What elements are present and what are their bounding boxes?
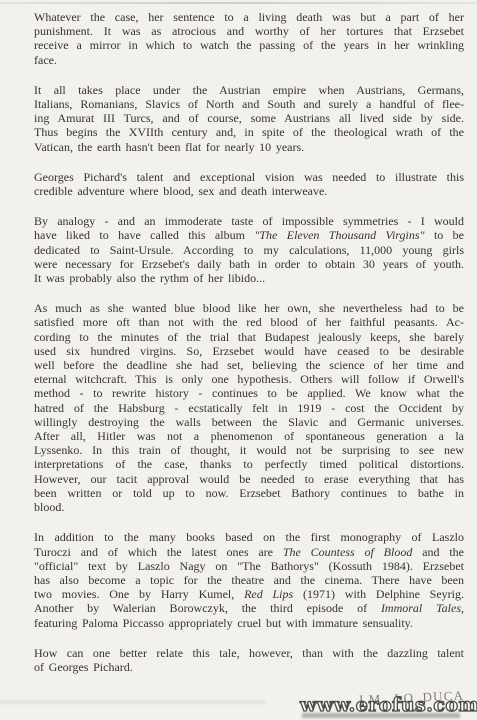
text-segment: How can one better relate this tale, how…	[34, 646, 464, 660]
text-line: receive a mirror in which to watch the p…	[34, 38, 464, 52]
text-segment: punishment. It was as atrocious and wort…	[34, 24, 464, 38]
text-segment: By analogy - and an immoderate taste of …	[34, 214, 464, 228]
text-line: Thus begins the XVIIth century and, in s…	[34, 125, 464, 139]
text-line: willingly destroying the walls between t…	[34, 415, 464, 429]
text-line: In addition to the many books based on t…	[34, 530, 464, 544]
text-segment: In addition to the many books based on t…	[34, 530, 464, 544]
text-line: satisfied more oft than not with the red…	[34, 315, 464, 329]
text-segment: Whatever the case, her sentence to a liv…	[34, 10, 464, 24]
text-line: After all, Hitler was not a phenomenon o…	[34, 429, 464, 443]
text-line: How can one better relate this tale, how…	[34, 646, 464, 660]
text-segment: willingly destroying the walls between t…	[34, 415, 464, 429]
text-line: credible adventure where blood, sex and …	[34, 184, 464, 198]
text-line: punishment. It was as atrocious and wort…	[34, 24, 464, 38]
text-segment: (1971) with Delphine Seyrig.	[293, 587, 464, 601]
scan-smudge-artifact	[0, 700, 265, 704]
text-line: Vatican, the earth hasn't been flat for …	[34, 140, 464, 154]
text-line: interpretations of the case, thanks to p…	[34, 457, 464, 471]
text-line: method - to rewrite history - continues …	[34, 386, 464, 400]
text-line: two movies. One by Harry Kumel, Red Lips…	[34, 587, 464, 601]
text-line: As much as she wanted blue blood like he…	[34, 301, 464, 315]
text-segment: receive a mirror in which to watch the p…	[34, 38, 464, 52]
text-line: dedicated to Saint-Ursule. According to …	[34, 243, 464, 257]
text-line: Whatever the case, her sentence to a liv…	[34, 10, 464, 24]
text-line: well before the deadline she had set, be…	[34, 358, 464, 372]
text-line: ing Amurat III Turcs, and of course, som…	[34, 111, 464, 125]
paragraph: Whatever the case, her sentence to a liv…	[34, 10, 464, 67]
italic-text-segment: Immoral Tales,	[381, 601, 464, 615]
erofus-watermark-text: www.erofus.com	[300, 694, 477, 716]
text-line: Turoczi and of which the latest ones are…	[34, 545, 464, 559]
text-segment: been written or told up to now. Erzsebet…	[34, 486, 464, 500]
text-line: Another by Walerian Borowczyk, the third…	[34, 601, 464, 615]
text-segment: It was probably also the rythm of her li…	[34, 271, 265, 285]
text-segment: Another by Walerian Borowczyk, the third…	[34, 601, 381, 615]
text-segment: featuring Paloma Piccasso appropriately …	[34, 616, 413, 630]
text-segment: cording to the minutes of the trial that…	[34, 330, 464, 344]
text-segment: two movies. One by Harry Kumel,	[34, 587, 244, 601]
text-line: have liked to have called this album "Th…	[34, 228, 464, 242]
paragraph: How can one better relate this tale, how…	[34, 646, 464, 674]
essay-text-block: Whatever the case, her sentence to a liv…	[34, 10, 464, 690]
text-segment: face.	[34, 53, 57, 67]
text-line: cording to the minutes of the trial that…	[34, 330, 464, 344]
text-line: blood.	[34, 500, 464, 514]
paragraph: Georges Pichard's talent and exceptional…	[34, 170, 464, 198]
paragraph: By analogy - and an immoderate taste of …	[34, 214, 464, 285]
text-segment: used six hundred virgins. So, Erzsebet w…	[34, 344, 464, 358]
text-segment: hatred of the Habsburg - ecstatically fe…	[34, 401, 464, 415]
text-segment: Turoczi and of which the latest ones are	[34, 545, 283, 559]
text-segment: were necessary for Erzsebet's daily bath…	[34, 257, 464, 271]
text-segment: of Georges Pichard.	[34, 660, 133, 674]
text-segment: well before the deadline she had set, be…	[34, 358, 464, 372]
text-segment: eternal witchcraft. This is only one hyp…	[34, 372, 464, 386]
text-segment: and the	[412, 545, 464, 559]
text-line: It all takes place under the Austrian em…	[34, 83, 464, 97]
text-segment: satisfied more oft than not with the red…	[34, 315, 464, 329]
paragraph: In addition to the many books based on t…	[34, 530, 464, 629]
text-segment: Vatican, the earth hasn't been flat for …	[34, 140, 304, 154]
text-line: Georges Pichard's talent and exceptional…	[34, 170, 464, 184]
text-line: eternal witchcraft. This is only one hyp…	[34, 372, 464, 386]
text-line: However, our tacit approval would be nee…	[34, 472, 464, 486]
text-line: has also become a topic for the theatre …	[34, 573, 464, 587]
text-segment: Lyssenko. In this train of thought, it w…	[34, 443, 464, 457]
text-line: were necessary for Erzsebet's daily bath…	[34, 257, 464, 271]
text-segment: interpretations of the case, thanks to p…	[34, 457, 464, 471]
text-segment: method - to rewrite history - continues …	[34, 386, 464, 400]
text-line: of Georges Pichard.	[34, 660, 464, 674]
scan-edge-artifact	[0, 2, 477, 4]
paragraph: It all takes place under the Austrian em…	[34, 83, 464, 154]
paragraph: As much as she wanted blue blood like he…	[34, 301, 464, 514]
text-segment: has also become a topic for the theatre …	[34, 573, 464, 587]
text-line: hatred of the Habsburg - ecstatically fe…	[34, 401, 464, 415]
text-segment: It all takes place under the Austrian em…	[34, 83, 464, 97]
text-segment: However, our tacit approval would be nee…	[34, 472, 464, 486]
text-segment: blood.	[34, 500, 64, 514]
text-line: been written or told up to now. Erzsebet…	[34, 486, 464, 500]
text-segment: Georges Pichard's talent and exceptional…	[34, 170, 464, 184]
text-segment: dedicated to Saint-Ursule. According to …	[34, 243, 464, 257]
text-segment: Italians, Romanians, Slavics of North an…	[34, 97, 464, 111]
text-line: It was probably also the rythm of her li…	[34, 271, 464, 285]
text-segment: credible adventure where blood, sex and …	[34, 184, 327, 198]
italic-text-segment: Red Lips	[244, 587, 293, 601]
text-line: "official" text by Laszlo Nagy on "The B…	[34, 559, 464, 573]
italic-text-segment: The Countess of Blood	[283, 545, 413, 559]
text-line: Lyssenko. In this train of thought, it w…	[34, 443, 464, 457]
text-segment: have liked to have called this album	[34, 228, 254, 242]
text-segment: ing Amurat III Turcs, and of course, som…	[34, 111, 464, 125]
text-segment: After all, Hitler was not a phenomenon o…	[34, 429, 464, 443]
text-line: used six hundred virgins. So, Erzsebet w…	[34, 344, 464, 358]
text-segment: to be	[425, 228, 464, 242]
text-line: By analogy - and an immoderate taste of …	[34, 214, 464, 228]
italic-text-segment: "The Eleven Thousand Virgins"	[254, 228, 424, 242]
text-line: face.	[34, 53, 464, 67]
text-line: Italians, Romanians, Slavics of North an…	[34, 97, 464, 111]
text-line: featuring Paloma Piccasso appropriately …	[34, 616, 464, 630]
text-segment: "official" text by Laszlo Nagy on "The B…	[34, 559, 464, 573]
text-segment: Thus begins the XVIIth century and, in s…	[34, 125, 464, 139]
text-segment: As much as she wanted blue blood like he…	[34, 301, 464, 315]
